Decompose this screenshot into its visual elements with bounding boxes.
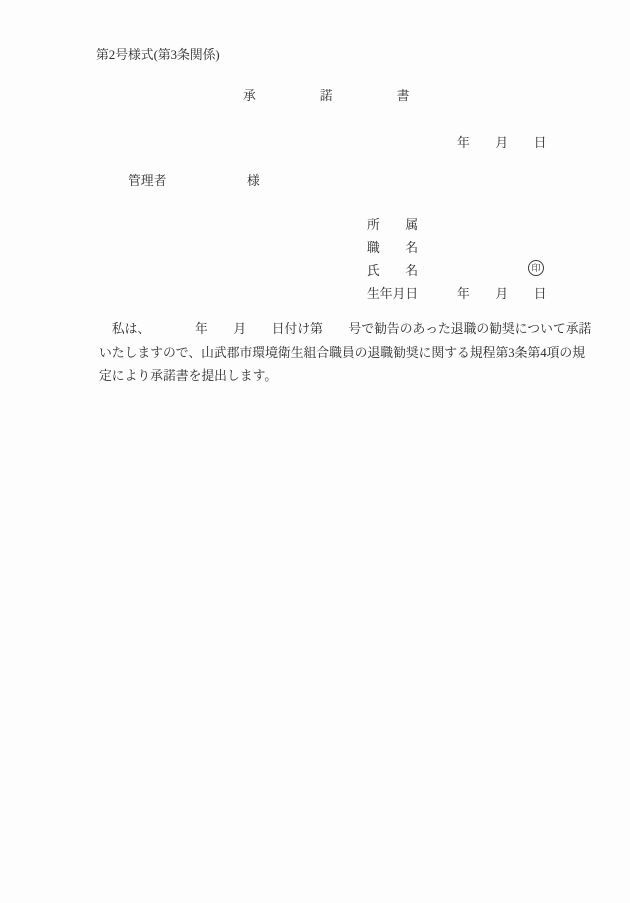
body-line: 私は、 年 月 日付け第 号で勧告のあった退職の勧奨について承諾 xyxy=(99,318,609,342)
body-line: 定により承諾書を提出します。 xyxy=(99,365,609,389)
seal-icon: 印 xyxy=(528,260,544,276)
birthdate-label: 生年月日 xyxy=(367,287,418,302)
seal-character: 印 xyxy=(531,263,540,273)
document-title: 承 諾 書 xyxy=(243,89,409,104)
name-label: 氏 名 xyxy=(367,264,418,279)
addressee-honorific: 様 xyxy=(247,174,260,189)
affiliation-label: 所 属 xyxy=(367,218,418,233)
body-paragraph: 私は、 年 月 日付け第 号で勧告のあった退職の勧奨について承諾 いたしますので… xyxy=(99,318,609,389)
body-line: いたしますので、山武郡市環境衛生組合職員の退職勧奨に関する規程第3条第4項の規 xyxy=(99,342,609,366)
date-blank-line: 年 月 日 xyxy=(457,136,547,151)
consent-form-page: 第2号様式(第3条関係) 承 諾 書 年 月 日 管理者 様 所 属 職 名 氏… xyxy=(0,0,630,903)
birthdate-blank-fields: 年 月 日 xyxy=(457,287,547,302)
position-label: 職 名 xyxy=(367,241,418,256)
addressee-label: 管理者 xyxy=(128,174,166,189)
form-number: 第2号様式(第3条関係) xyxy=(96,48,220,63)
